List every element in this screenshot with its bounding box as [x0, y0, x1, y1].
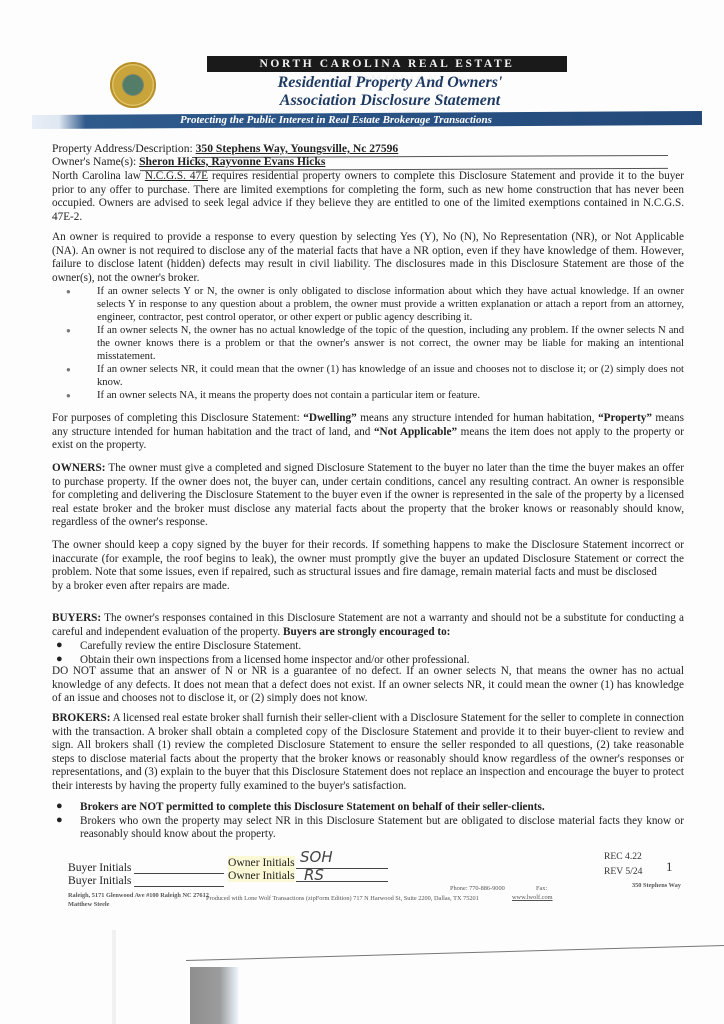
owner-signature-initials-2: RS	[304, 866, 324, 884]
scan-edge-shadow	[112, 930, 116, 1024]
owner-signature-initials-1: SOH	[300, 848, 333, 866]
owner-initials-label-2: Owner Initials	[228, 869, 295, 882]
buyer-initials-label-2: Buyer Initials	[68, 874, 131, 887]
owner-initials-label-1: Owner Initials	[228, 856, 295, 869]
list-item: ●If an owner selects NR, it could mean t…	[52, 363, 684, 389]
list-item: ●Brokers are NOT permitted to complete t…	[52, 801, 684, 815]
response-options-list: ●If an owner selects Y or N, the owner i…	[52, 285, 684, 402]
rev-code: REV 5/24	[604, 866, 642, 877]
commission-name: NORTH CAROLINA REAL ESTATE COMMISSION	[207, 56, 567, 72]
buyer-initials-label-1: Buyer Initials	[68, 861, 131, 874]
list-item: ●Carefully review the entire Disclosure …	[52, 640, 684, 654]
list-item: ●If an owner selects Y or N, the owner i…	[52, 285, 684, 324]
property-address-label: Property Address/Description:	[52, 142, 193, 155]
form-title-line1: Residential Property And Owners'	[200, 74, 580, 92]
page-number: 1	[666, 859, 673, 875]
tagline-text: Protecting the Public Interest in Real E…	[180, 113, 560, 127]
buyer-initials-field-2[interactable]	[134, 886, 224, 887]
buyers-list: ●Carefully review the entire Disclosure …	[52, 640, 684, 667]
office-address: Raleigh, 5171 Glenwood Ave #100 Raleigh …	[68, 892, 209, 899]
owner-names-field: Owner's Name(s): Sheron Hicks, Rayvonne …	[52, 155, 325, 168]
list-item: ●If an owner selects NA, it means the pr…	[52, 389, 684, 402]
buyers-paragraph: BUYERS: The owner's responses contained …	[52, 612, 684, 639]
definitions-paragraph: For purposes of completing this Disclosu…	[52, 412, 684, 453]
intro-paragraph: North Carolina law N.C.G.S. 47E requires…	[52, 170, 684, 224]
fax-label: Fax:	[536, 885, 547, 892]
agent-name: Matthew Steele	[68, 901, 109, 908]
owner-names-value: Sheron Hicks, Rayvonne Evans Hicks	[139, 155, 325, 168]
brokers-list: ●Brokers are NOT permitted to complete t…	[52, 801, 684, 842]
buyers-warning-paragraph: DO NOT assume that an answer of N or NR …	[52, 665, 684, 706]
phone-number: Phone: 770-886-9000	[450, 885, 505, 892]
nc-state-seal-icon	[110, 62, 156, 108]
property-address-value: 350 Stephens Way, Youngsville, Nc 27596	[196, 142, 399, 155]
statute-link: N.C.G.S. 47E	[145, 170, 208, 182]
scan-page-edge	[186, 944, 724, 961]
response-requirement-paragraph: An owner is required to provide a respon…	[52, 231, 684, 285]
rec-code: REC 4.22	[604, 851, 642, 862]
owners-paragraph: OWNERS: The owner must give a completed …	[52, 462, 684, 530]
list-item: ●Brokers who own the property may select…	[52, 815, 684, 842]
scan-shadow-block	[190, 967, 240, 1024]
document-page: NORTH CAROLINA REAL ESTATE COMMISSION Re…	[0, 0, 724, 1024]
property-short-address: 350 Stephens Way	[632, 882, 681, 889]
form-title-line2: Association Disclosure Statement	[200, 92, 580, 110]
brokers-heading: BROKERS:	[52, 712, 110, 724]
brokers-paragraph: BROKERS: A licensed real estate broker s…	[52, 712, 684, 794]
buyers-heading: BUYERS:	[52, 612, 101, 624]
list-item: ●If an owner selects N, the owner has no…	[52, 324, 684, 363]
website-link[interactable]: www.lwolf.com	[512, 894, 553, 901]
produced-with-notice: Produced with Lone Wolf Transactions (zi…	[206, 895, 479, 902]
property-address-field: Property Address/Description: 350 Stephe…	[52, 142, 398, 155]
owner-names-label: Owner's Name(s):	[52, 155, 136, 168]
owners-heading: OWNERS:	[52, 462, 105, 474]
buyer-initials-field-1[interactable]	[134, 873, 224, 874]
owners-update-paragraph: The owner should keep a copy signed by t…	[52, 539, 684, 593]
